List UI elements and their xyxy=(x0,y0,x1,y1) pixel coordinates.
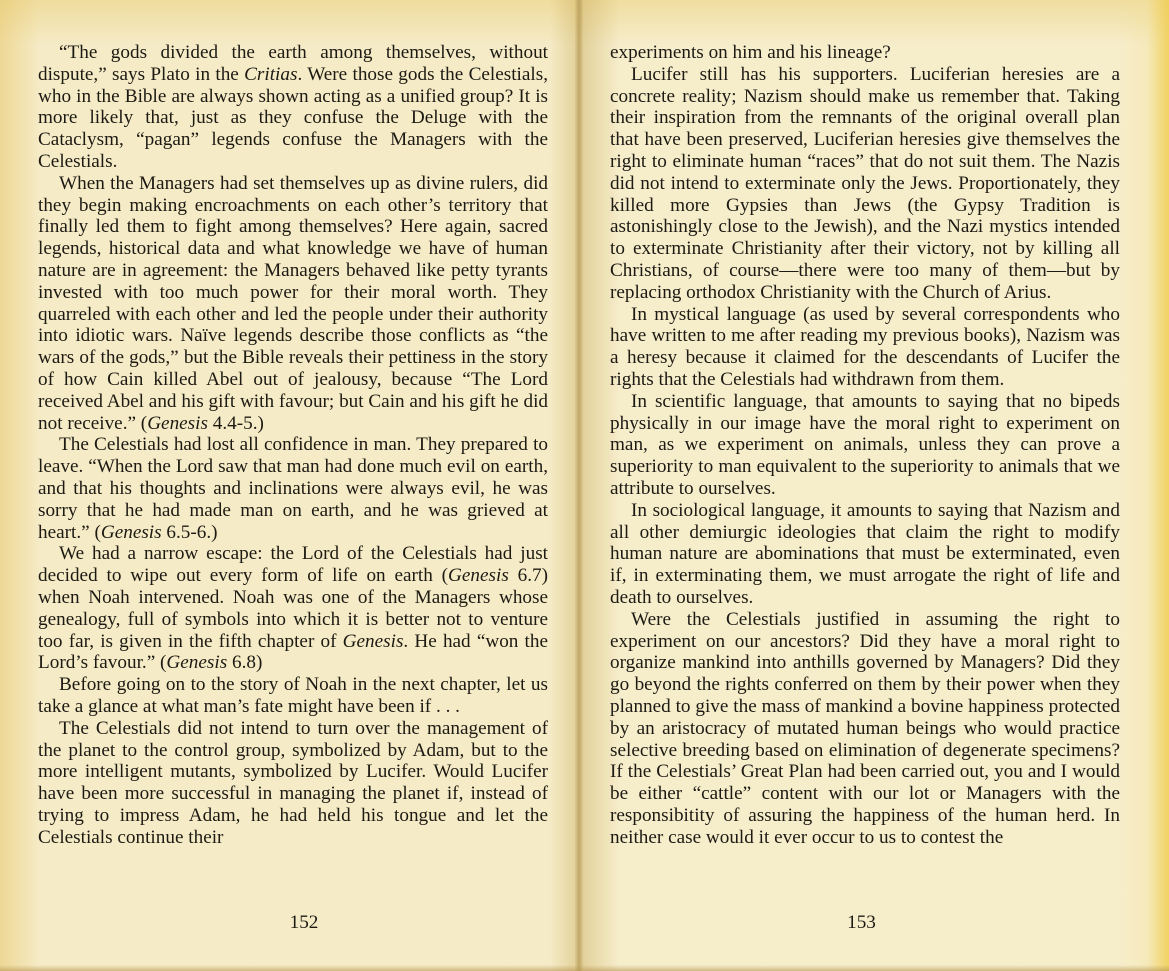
page-bottom-edge xyxy=(0,965,1169,971)
paragraph: When the Managers had set themselves up … xyxy=(38,173,548,435)
left-page-text: “The gods divided the earth among themse… xyxy=(38,42,548,848)
text-segment: Lucifer still has his supporters. Lucife… xyxy=(610,64,1120,303)
paragraph: We had a narrow escape: the Lord of the … xyxy=(38,543,548,674)
text-segment: When the Managers had set themselves up … xyxy=(38,173,548,434)
paragraph: In sociological language, it amounts to … xyxy=(610,500,1120,609)
left-page: “The gods divided the earth among themse… xyxy=(0,0,580,971)
text-segment: Before going on to the story of Noah in … xyxy=(38,674,548,717)
italic-text-segment: Genesis xyxy=(147,413,208,434)
paragraph: experiments on him and his lineage? xyxy=(610,42,1120,64)
italic-text-segment: Genesis xyxy=(343,631,404,652)
left-page-number: 152 xyxy=(14,912,594,934)
book-spine-gutter xyxy=(575,0,583,971)
book-spread: “The gods divided the earth among themse… xyxy=(0,0,1169,971)
paragraph: The Celestials did not intend to turn ov… xyxy=(38,718,548,849)
text-segment: Were the Celestials justified in assumin… xyxy=(610,609,1120,848)
paragraph: In scientific language, that amounts to … xyxy=(610,391,1120,500)
right-page-number: 153 xyxy=(567,912,1156,934)
italic-text-segment: Critias xyxy=(244,64,297,85)
paragraph: Before going on to the story of Noah in … xyxy=(38,674,548,718)
italic-text-segment: Genesis xyxy=(101,522,162,543)
text-segment: In mystical language (as used by several… xyxy=(610,304,1120,390)
text-segment: The Celestials did not intend to turn ov… xyxy=(38,718,548,848)
paragraph: Were the Celestials justified in assumin… xyxy=(610,609,1120,849)
right-page: experiments on him and his lineage?Lucif… xyxy=(580,0,1169,971)
paragraph: In mystical language (as used by several… xyxy=(610,304,1120,391)
right-page-text: experiments on him and his lineage?Lucif… xyxy=(610,42,1120,848)
text-segment: 6.5-6.) xyxy=(162,522,218,543)
text-segment: 4.4-5.) xyxy=(208,413,264,434)
paragraph: The Celestials had lost all confidence i… xyxy=(38,434,548,543)
paragraph: “The gods divided the earth among themse… xyxy=(38,42,548,173)
text-segment: experiments on him and his lineage? xyxy=(610,42,891,63)
text-segment: In sociological language, it amounts to … xyxy=(610,500,1120,608)
text-segment: 6.8) xyxy=(227,652,262,673)
italic-text-segment: Genesis xyxy=(448,565,509,586)
text-segment: In scientific language, that amounts to … xyxy=(610,391,1120,499)
paragraph: Lucifer still has his supporters. Lucife… xyxy=(610,64,1120,304)
italic-text-segment: Genesis xyxy=(166,652,227,673)
